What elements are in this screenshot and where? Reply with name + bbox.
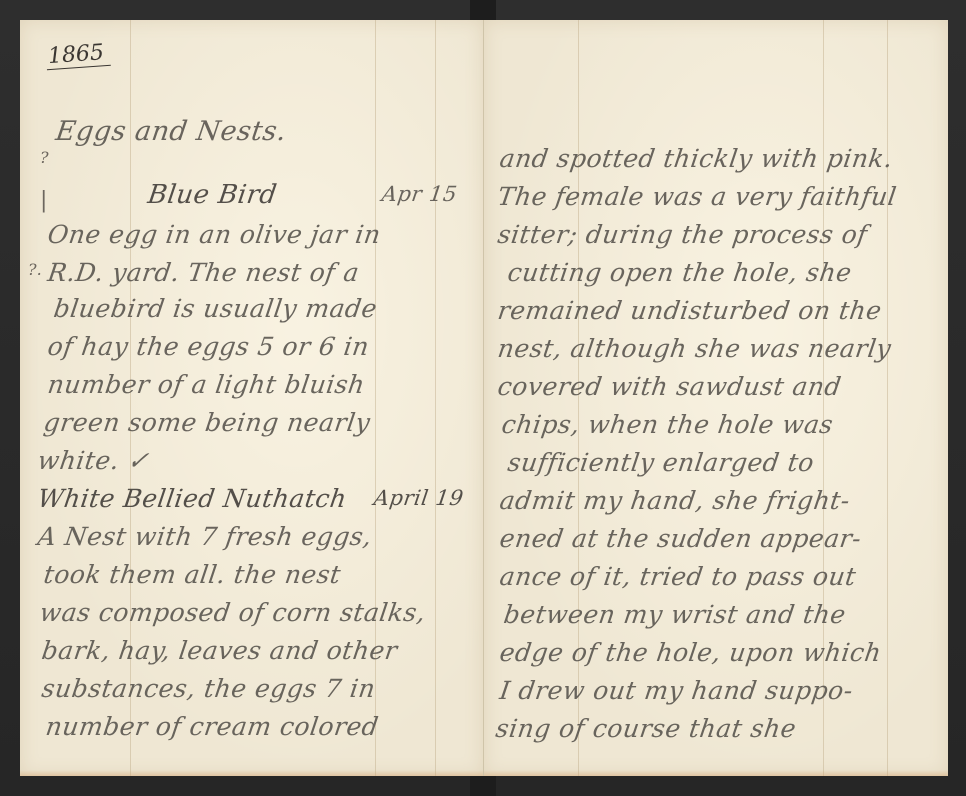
spine-top bbox=[470, 0, 496, 22]
continuation-line: chips, when the hole was bbox=[500, 410, 835, 439]
continuation-line: covered with sawdust and bbox=[496, 372, 843, 401]
continuation-line: cutting open the hole, she bbox=[506, 258, 854, 287]
entry-line: R.D. yard. The nest of a bbox=[46, 258, 361, 287]
margin-mark: ? bbox=[40, 148, 49, 167]
entry-line: number of cream colored bbox=[44, 712, 381, 741]
entry-line: A Nest with 7 fresh eggs, bbox=[36, 522, 374, 551]
entry-species: Blue Bird bbox=[146, 180, 279, 210]
continuation-line: I drew out my hand suppo- bbox=[498, 676, 855, 705]
year-heading: 1865 bbox=[45, 40, 111, 70]
page-heading: Eggs and Nests. bbox=[54, 116, 289, 147]
entry-line: number of a light bluish bbox=[46, 370, 367, 399]
continuation-line: sufficiently enlarged to bbox=[506, 448, 816, 477]
continuation-line: sitter; during the process of bbox=[496, 220, 869, 249]
continuation-line: ened at the sudden appear- bbox=[498, 524, 863, 553]
continuation-line: remained undisturbed on the bbox=[496, 296, 884, 325]
continuation-line: and spotted thickly with pink. bbox=[498, 144, 895, 173]
continuation-line: sing of course that she bbox=[494, 714, 798, 743]
left-page: 1865 Eggs and Nests. ? | ?. Blue Bird Ap… bbox=[20, 20, 484, 776]
entry-line: white. ✓ bbox=[36, 446, 151, 475]
margin-mark: ?. bbox=[28, 260, 42, 279]
continuation-line: between my wrist and the bbox=[502, 600, 848, 629]
right-page: and spotted thickly with pink. The femal… bbox=[483, 20, 948, 776]
ruling-line bbox=[887, 20, 888, 776]
continuation-line: The female was a very faithful bbox=[496, 182, 899, 211]
entry-line: bluebird is usually made bbox=[52, 294, 379, 323]
entry-date: April 19 bbox=[372, 486, 465, 510]
entry-line: One egg in an olive jar in bbox=[46, 220, 383, 249]
ruling-line bbox=[435, 20, 436, 776]
entry-line: of hay the eggs 5 or 6 in bbox=[46, 332, 371, 361]
entry-date: Apr 15 bbox=[380, 182, 458, 206]
entry-species: White Bellied Nuthatch bbox=[36, 484, 349, 513]
entry-line: bark, hay, leaves and other bbox=[40, 636, 399, 665]
continuation-line: admit my hand, she fright- bbox=[498, 486, 852, 515]
entry-line: took them all. the nest bbox=[42, 560, 343, 589]
continuation-line: nest, although she was nearly bbox=[496, 334, 893, 363]
entry-line: was composed of corn stalks, bbox=[38, 598, 428, 627]
spine-bottom bbox=[470, 776, 496, 796]
entry-line: green some being nearly bbox=[42, 408, 372, 437]
continuation-line: edge of the hole, upon which bbox=[498, 638, 883, 667]
continuation-line: ance of it, tried to pass out bbox=[498, 562, 858, 591]
margin-mark: | bbox=[40, 188, 47, 213]
entry-line: substances, the eggs 7 in bbox=[40, 674, 377, 703]
